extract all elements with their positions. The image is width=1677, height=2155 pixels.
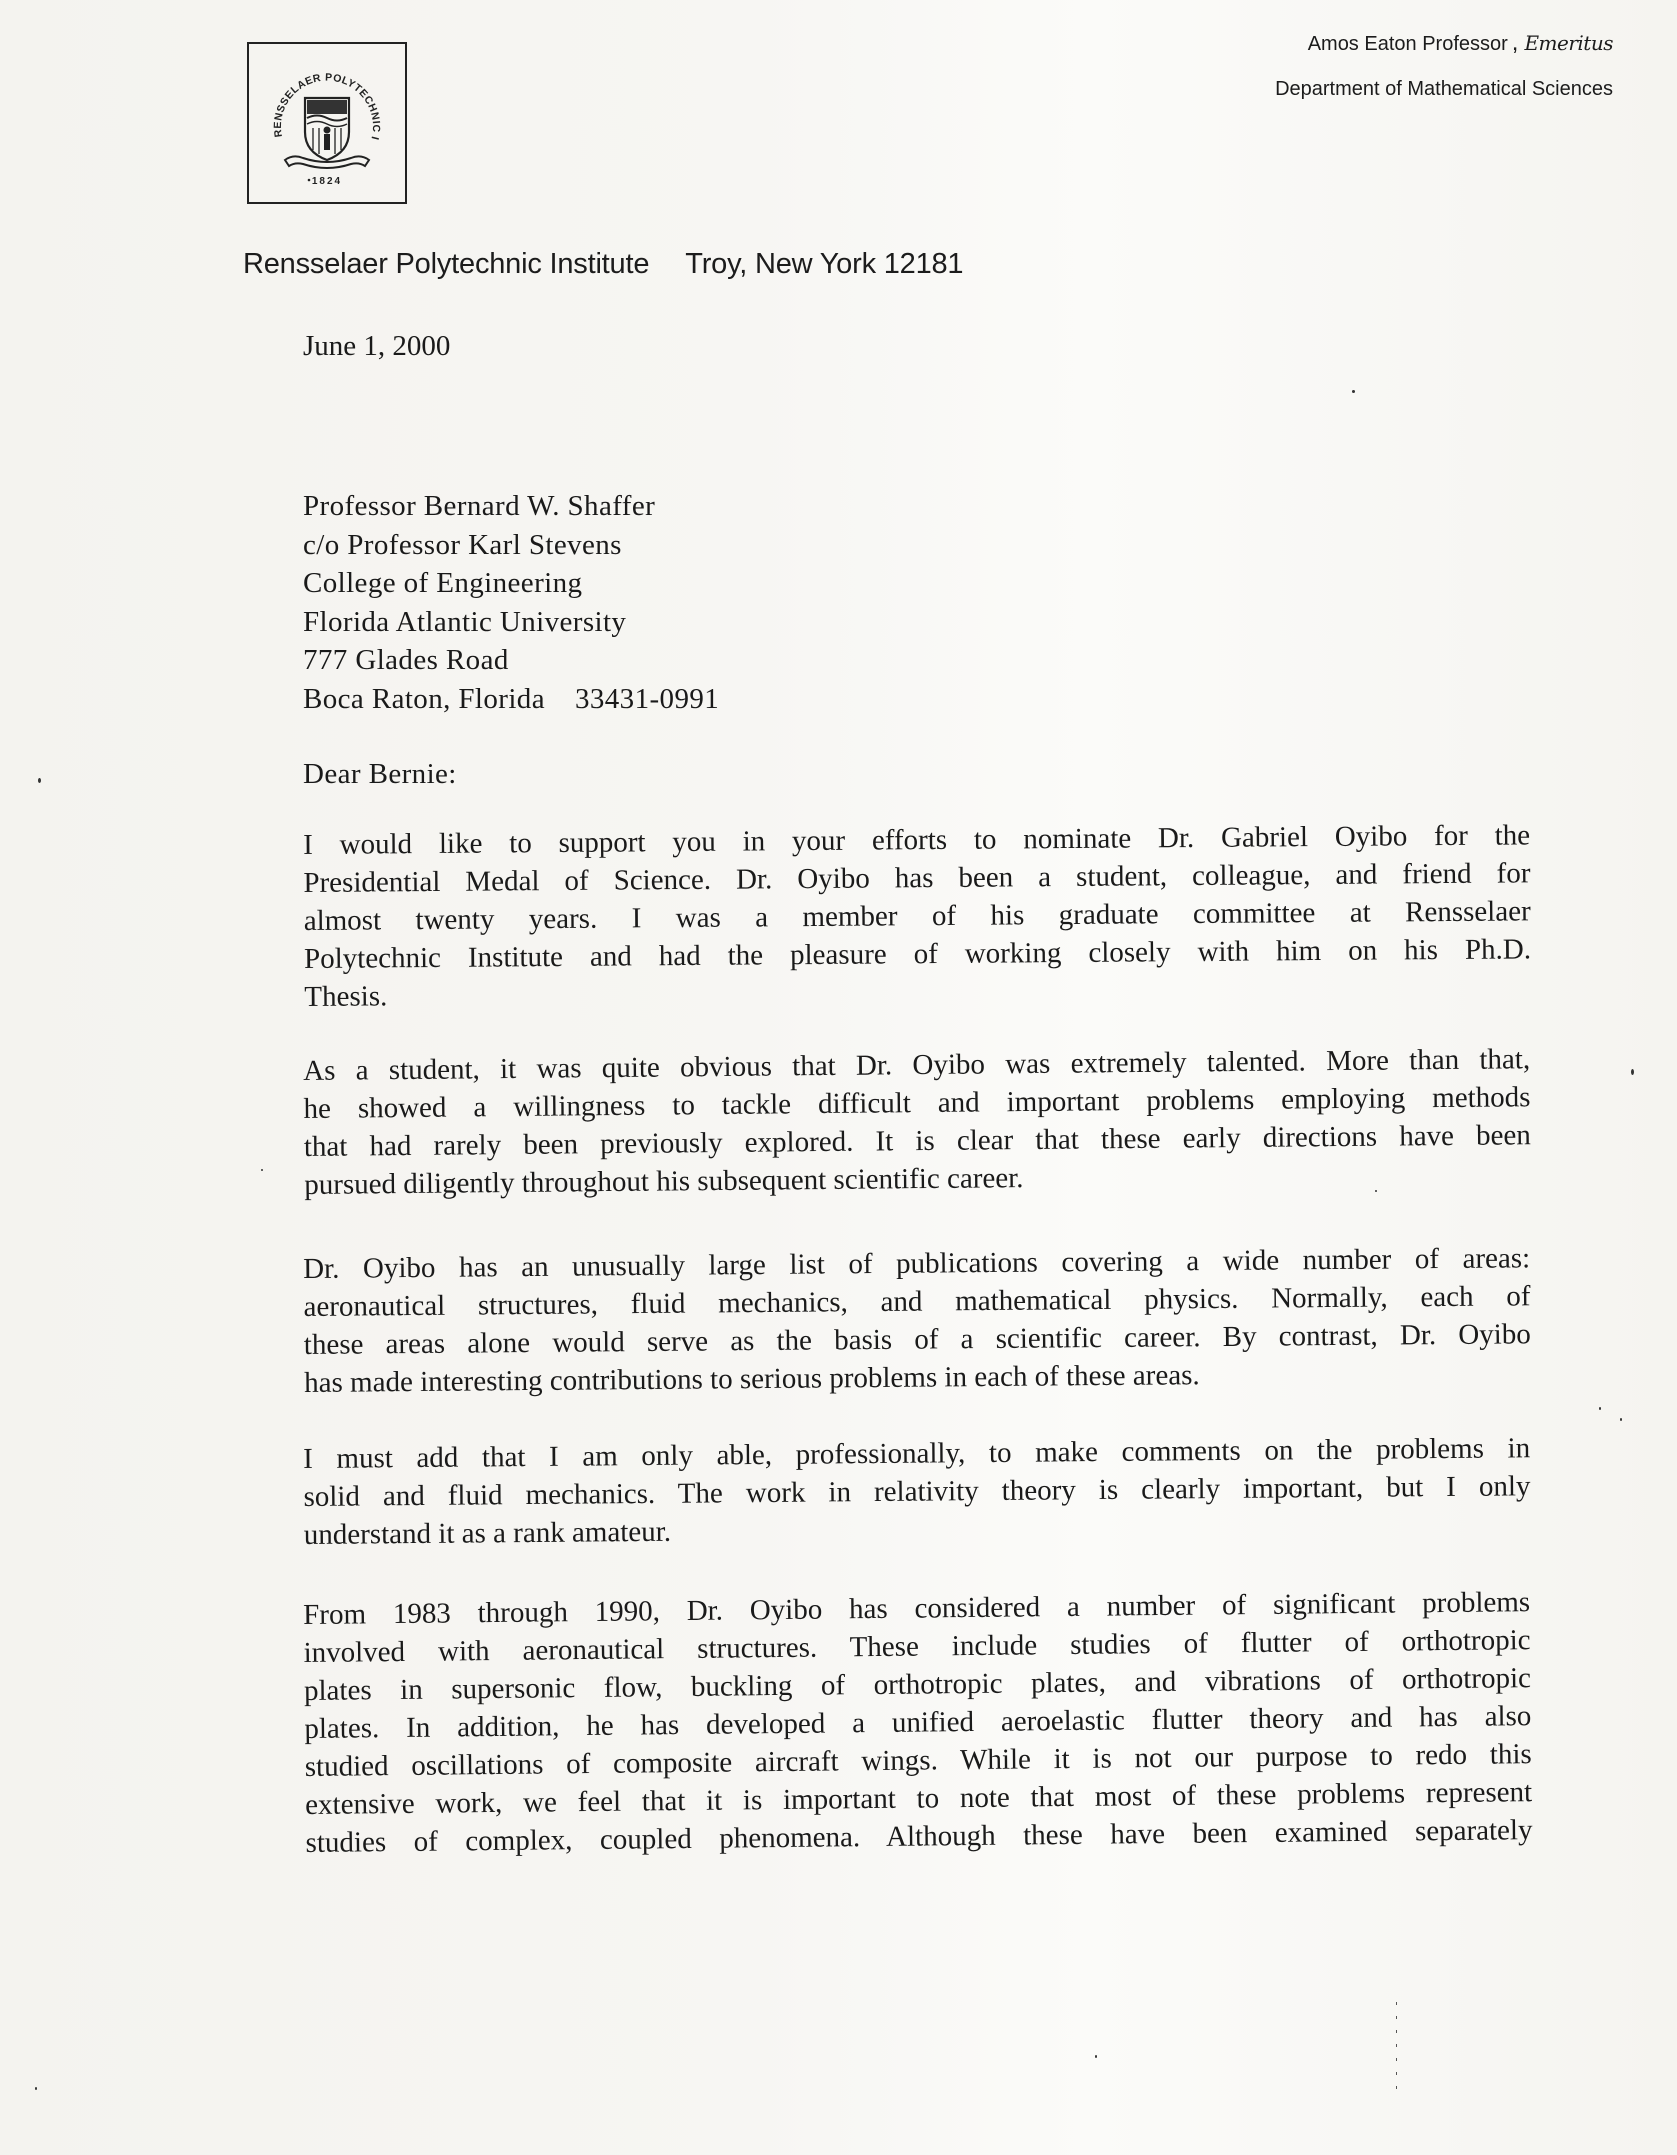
scan-speck (1599, 1407, 1601, 1410)
professorship-title: Amos Eaton Professor (1308, 33, 1508, 55)
department-name: Department of Mathematical Sciences (1275, 78, 1613, 101)
recipient-city-state: Boca Raton, Florida (303, 683, 545, 715)
salutation: Dear Bernie: (303, 758, 457, 791)
title-separator: , (1512, 29, 1519, 56)
recipient-address: Professor Bernard W. Shaffer c/o Profess… (303, 487, 719, 718)
recipient-line: Florida Atlantic University (303, 603, 719, 642)
body-paragraph: I must add that I am only able, professi… (303, 1429, 1531, 1554)
handwritten-annotation: Emeritus (1524, 31, 1613, 55)
institution-address-line: Rensselaer Polytechnic InstituteTroy, Ne… (243, 248, 963, 281)
body-paragraph: I would like to support you in your effo… (303, 816, 1531, 1016)
scan-speck (1352, 390, 1355, 393)
letter-date: June 1, 2000 (303, 330, 450, 363)
institution-name: Rensselaer Polytechnic Institute (243, 248, 649, 280)
svg-text:1824: 1824 (312, 176, 342, 187)
recipient-line: 777 Glades Road (303, 641, 719, 680)
recipient-city-line: Boca Raton, Florida33431-0991 (303, 680, 719, 719)
scan-speck (1396, 2002, 1397, 2092)
recipient-zip: 33431-0991 (575, 683, 719, 715)
body-paragraph: As a student, it was quite obvious that … (303, 1040, 1531, 1204)
scan-speck (1375, 1190, 1377, 1192)
recipient-line: Professor Bernard W. Shaffer (303, 487, 719, 526)
seal-crest-icon: RENSSELAER POLYTECHNIC INSTITUTE 1824 (263, 58, 391, 188)
recipient-line: College of Engineering (303, 564, 719, 603)
letter-page: RENSSELAER POLYTECHNIC INSTITUTE 1824 Am… (0, 0, 1677, 2155)
scan-speck (38, 778, 41, 783)
letterhead-title-block: Amos Eaton Professor,Emeritus Department… (1275, 28, 1613, 101)
body-paragraph: From 1983 through 1990, Dr. Oyibo has co… (303, 1583, 1533, 1862)
institution-seal: RENSSELAER POLYTECHNIC INSTITUTE 1824 (247, 42, 407, 204)
scan-speck (1620, 1418, 1622, 1421)
recipient-line: c/o Professor Karl Stevens (303, 526, 719, 565)
body-paragraph: Dr. Oyibo has an unusually large list of… (303, 1239, 1531, 1402)
scan-speck (35, 2087, 37, 2090)
institution-city: Troy, New York 12181 (685, 248, 963, 280)
scan-speck (1095, 2055, 1097, 2058)
scan-speck (261, 1169, 263, 1171)
scan-speck (1631, 1069, 1634, 1075)
